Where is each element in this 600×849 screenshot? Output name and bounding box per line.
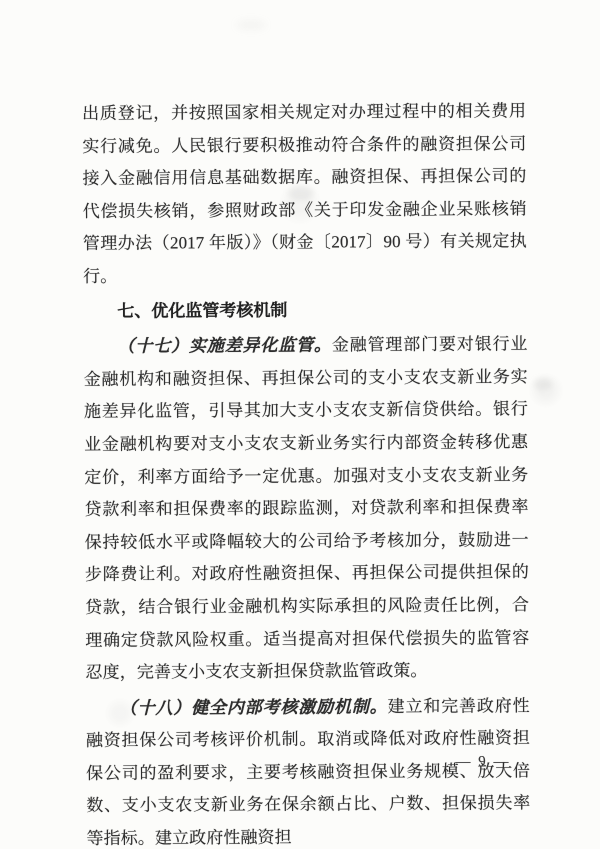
scan-smudge: [236, 20, 266, 30]
item-17-title: 实施差异化监管。: [189, 336, 332, 356]
document-body: 出质登记，并按照国家相关规定对办理过程中的相关费用实行减免。人民银行要积极推动符…: [82, 95, 531, 849]
scanned-document-page: 出质登记，并按照国家相关规定对办理过程中的相关费用实行减免。人民银行要积极推动符…: [0, 0, 600, 849]
paragraph-item-17: （十七）实施差异化监管。金融管理部门要对银行业金融机构和融资担保、再担保公司的支…: [83, 328, 529, 689]
item-17-text: 金融管理部门要对银行业金融机构和融资担保、再担保公司的支小支农支新业务实施差异化…: [84, 334, 530, 682]
item-18-title: 健全内部考核激励机制。: [191, 697, 388, 717]
section-heading: 七、优化监管考核机制: [83, 293, 527, 328]
item-18-text: 建立和完善政府性融资担保公司考核评价机制。取消或降低对政府性融资担保公司的盈利要…: [86, 696, 531, 848]
item-17-number: （十七）: [117, 337, 189, 356]
intro-paragraph-text: 出质登记，并按照国家相关规定对办理过程中的相关费用实行减免。人民银行要积极推动符…: [82, 101, 527, 286]
intro-paragraph: 出质登记，并按照国家相关规定对办理过程中的相关费用实行减免。人民银行要积极推动符…: [82, 95, 527, 293]
item-18-number: （十八）: [120, 698, 192, 717]
scan-smudge: [534, 378, 552, 390]
page-number: — 9 —: [438, 754, 528, 771]
